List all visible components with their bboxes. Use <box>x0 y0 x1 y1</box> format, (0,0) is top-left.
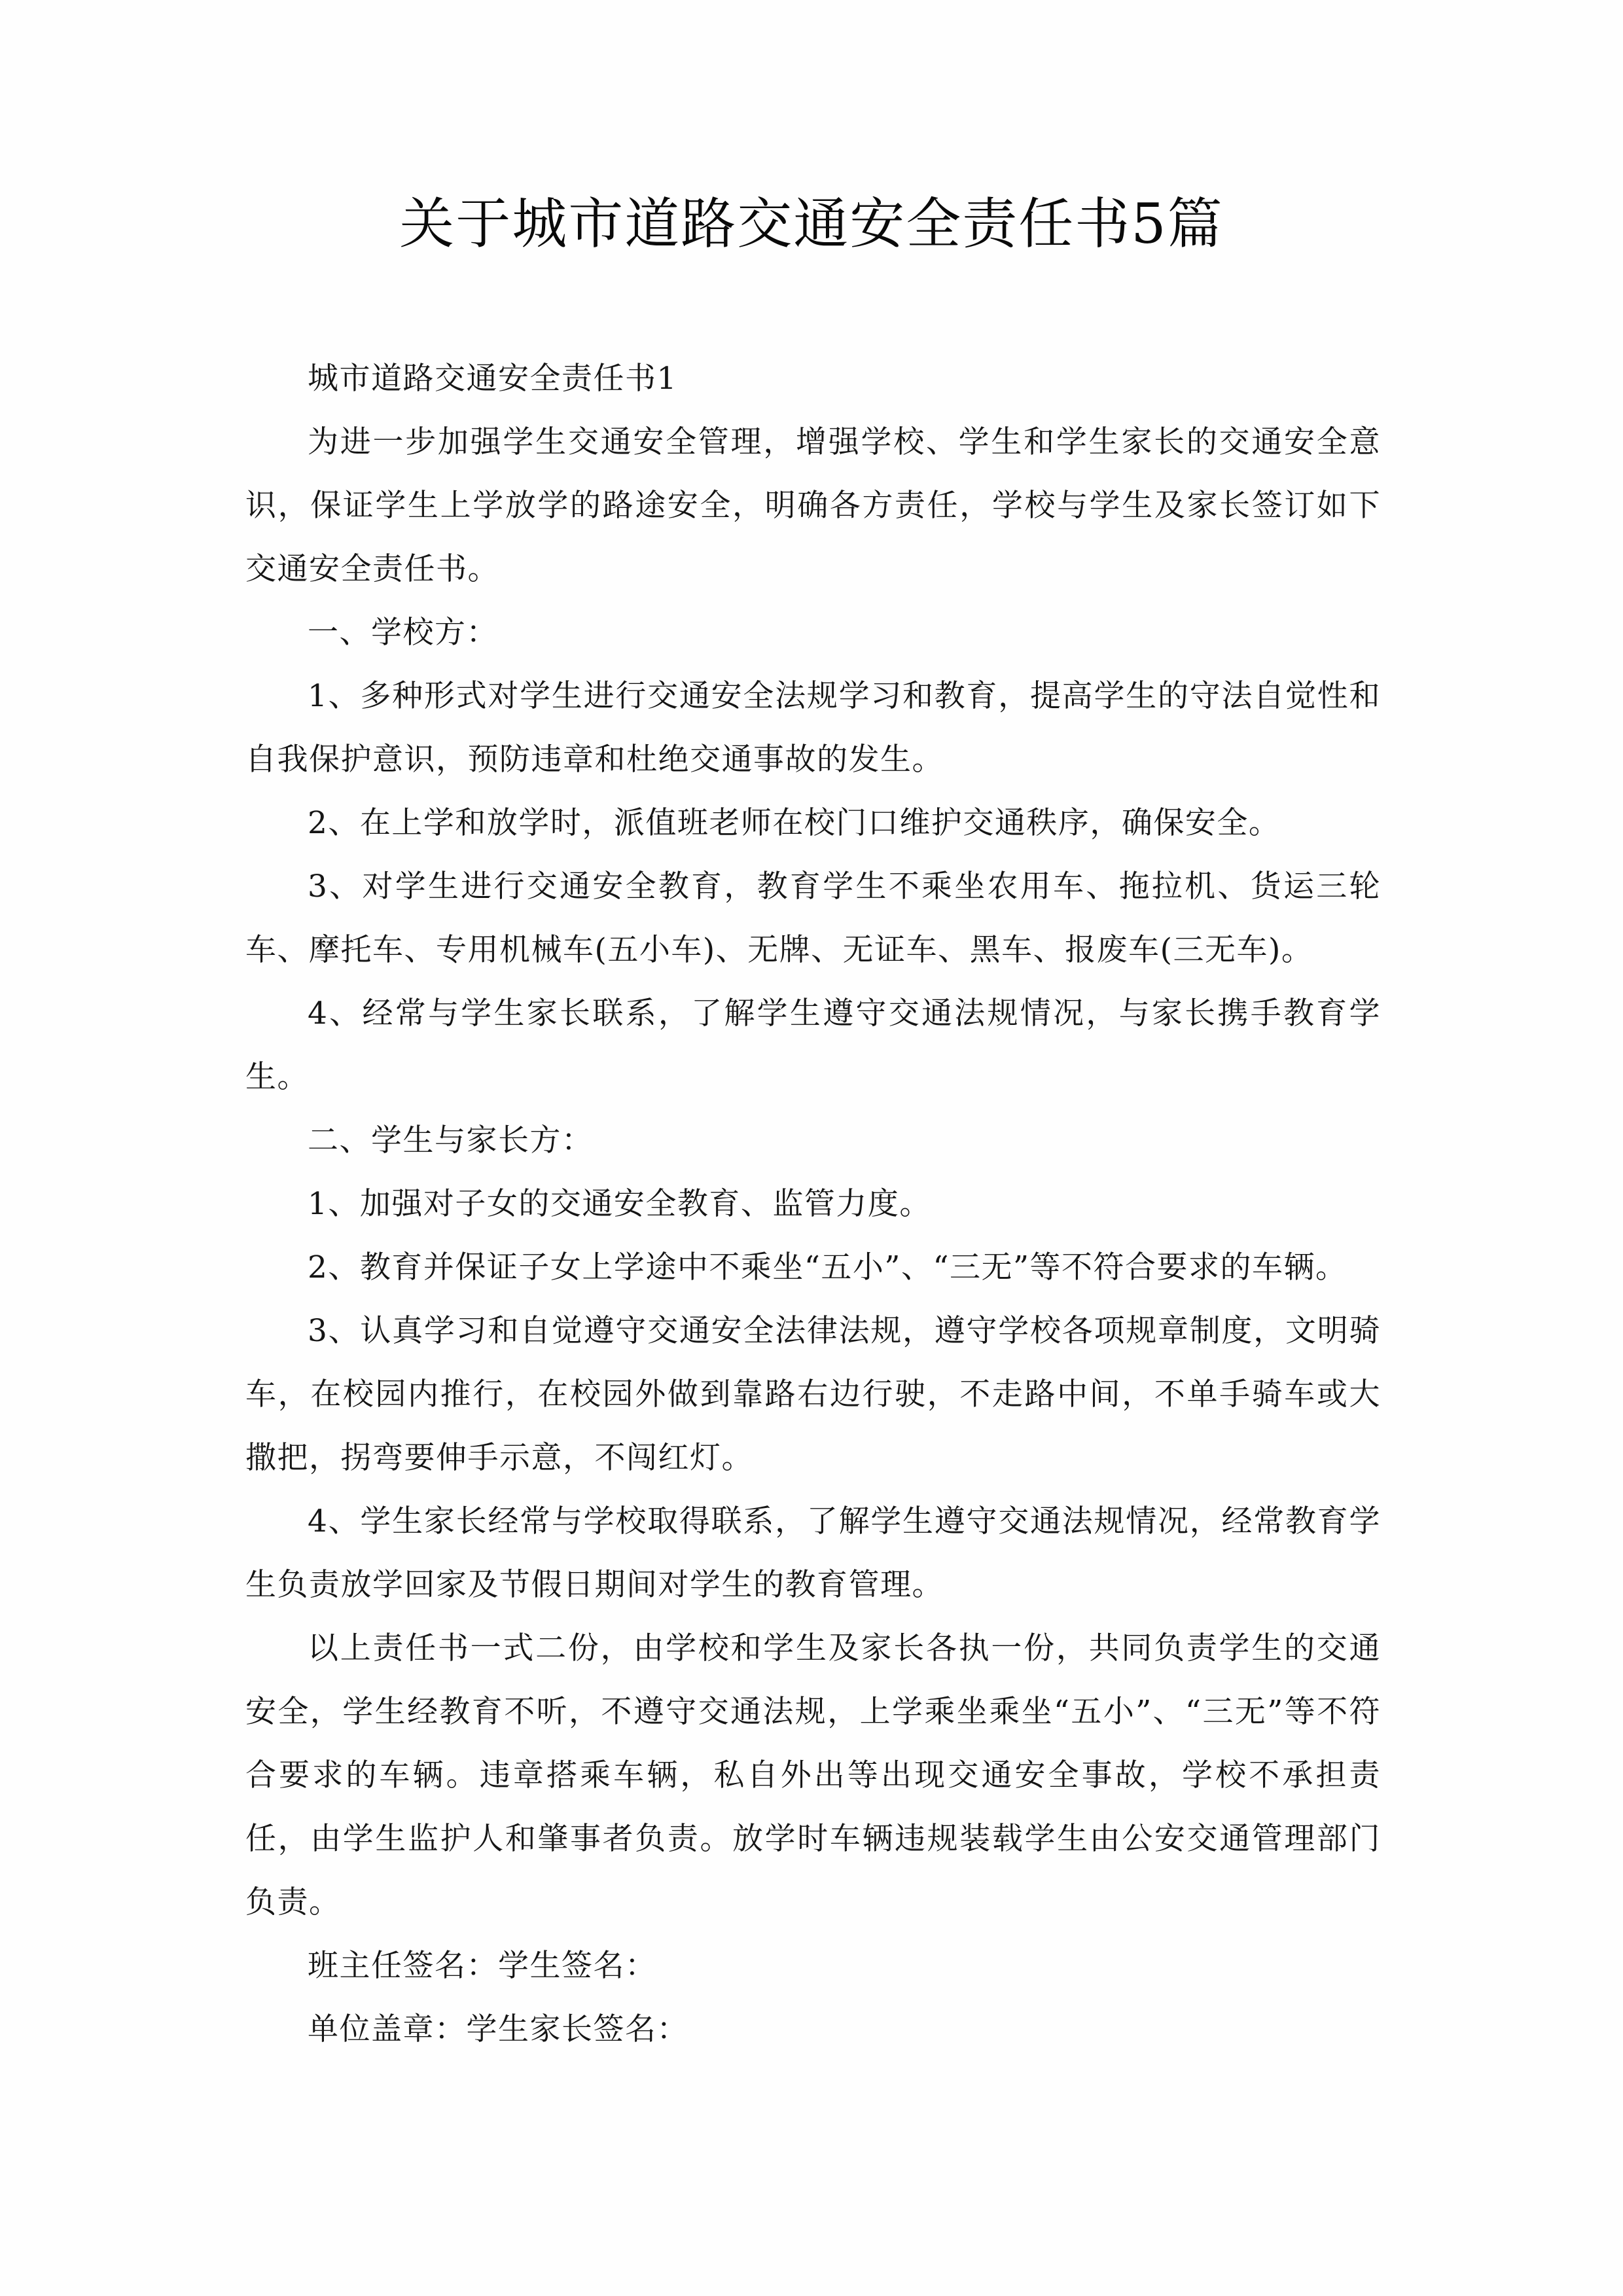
signature-line-teacher-student: 班主任签名：学生签名： <box>245 1934 1381 1998</box>
school-clause-4: 4、经常与学生家长联系，了解学生遵守交通法规情况，与家长携手教育学生。 <box>245 982 1381 1109</box>
student-parent-party-heading: 二、学生与家长方： <box>245 1109 1381 1172</box>
student-clause-2: 2、教育并保证子女上学途中不乘坐“五小”、“三无”等不符合要求的车辆。 <box>245 1236 1381 1299</box>
student-clause-1: 1、加强对子女的交通安全教育、监管力度。 <box>245 1172 1381 1236</box>
document-page: 关于城市道路交通安全责任书5篇 城市道路交通安全责任书1 为进一步加强学生交通安… <box>0 0 1623 2296</box>
school-clause-3: 3、对学生进行交通安全教育，教育学生不乘坐农用车、拖拉机、货运三轮车、摩托车、专… <box>245 855 1381 982</box>
school-party-heading: 一、学校方： <box>245 601 1381 664</box>
student-clause-3: 3、认真学习和自觉遵守交通安全法律法规，遵守学校各项规章制度，文明骑车，在校园内… <box>245 1299 1381 1490</box>
student-clause-4: 4、学生家长经常与学校取得联系，了解学生遵守交通法规情况，经常教育学生负责放学回… <box>245 1490 1381 1617</box>
school-clause-2: 2、在上学和放学时，派值班老师在校门口维护交通秩序，确保安全。 <box>245 791 1381 855</box>
school-clause-1: 1、多种形式对学生进行交通安全法规学习和教育，提高学生的守法自觉性和自我保护意识… <box>245 664 1381 791</box>
document-title: 关于城市道路交通安全责任书5篇 <box>0 191 1623 257</box>
intro-paragraph: 为进一步加强学生交通安全管理，增强学校、学生和学生家长的交通安全意识，保证学生上… <box>245 410 1381 601</box>
closing-paragraph: 以上责任书一式二份，由学校和学生及家长各执一份，共同负责学生的交通安全，学生经教… <box>245 1617 1381 1934</box>
section-heading: 城市道路交通安全责任书1 <box>245 347 1381 410</box>
document-body: 城市道路交通安全责任书1 为进一步加强学生交通安全管理，增强学校、学生和学生家长… <box>245 347 1381 2061</box>
signature-line-unit-parent: 单位盖章：学生家长签名： <box>245 1998 1381 2061</box>
